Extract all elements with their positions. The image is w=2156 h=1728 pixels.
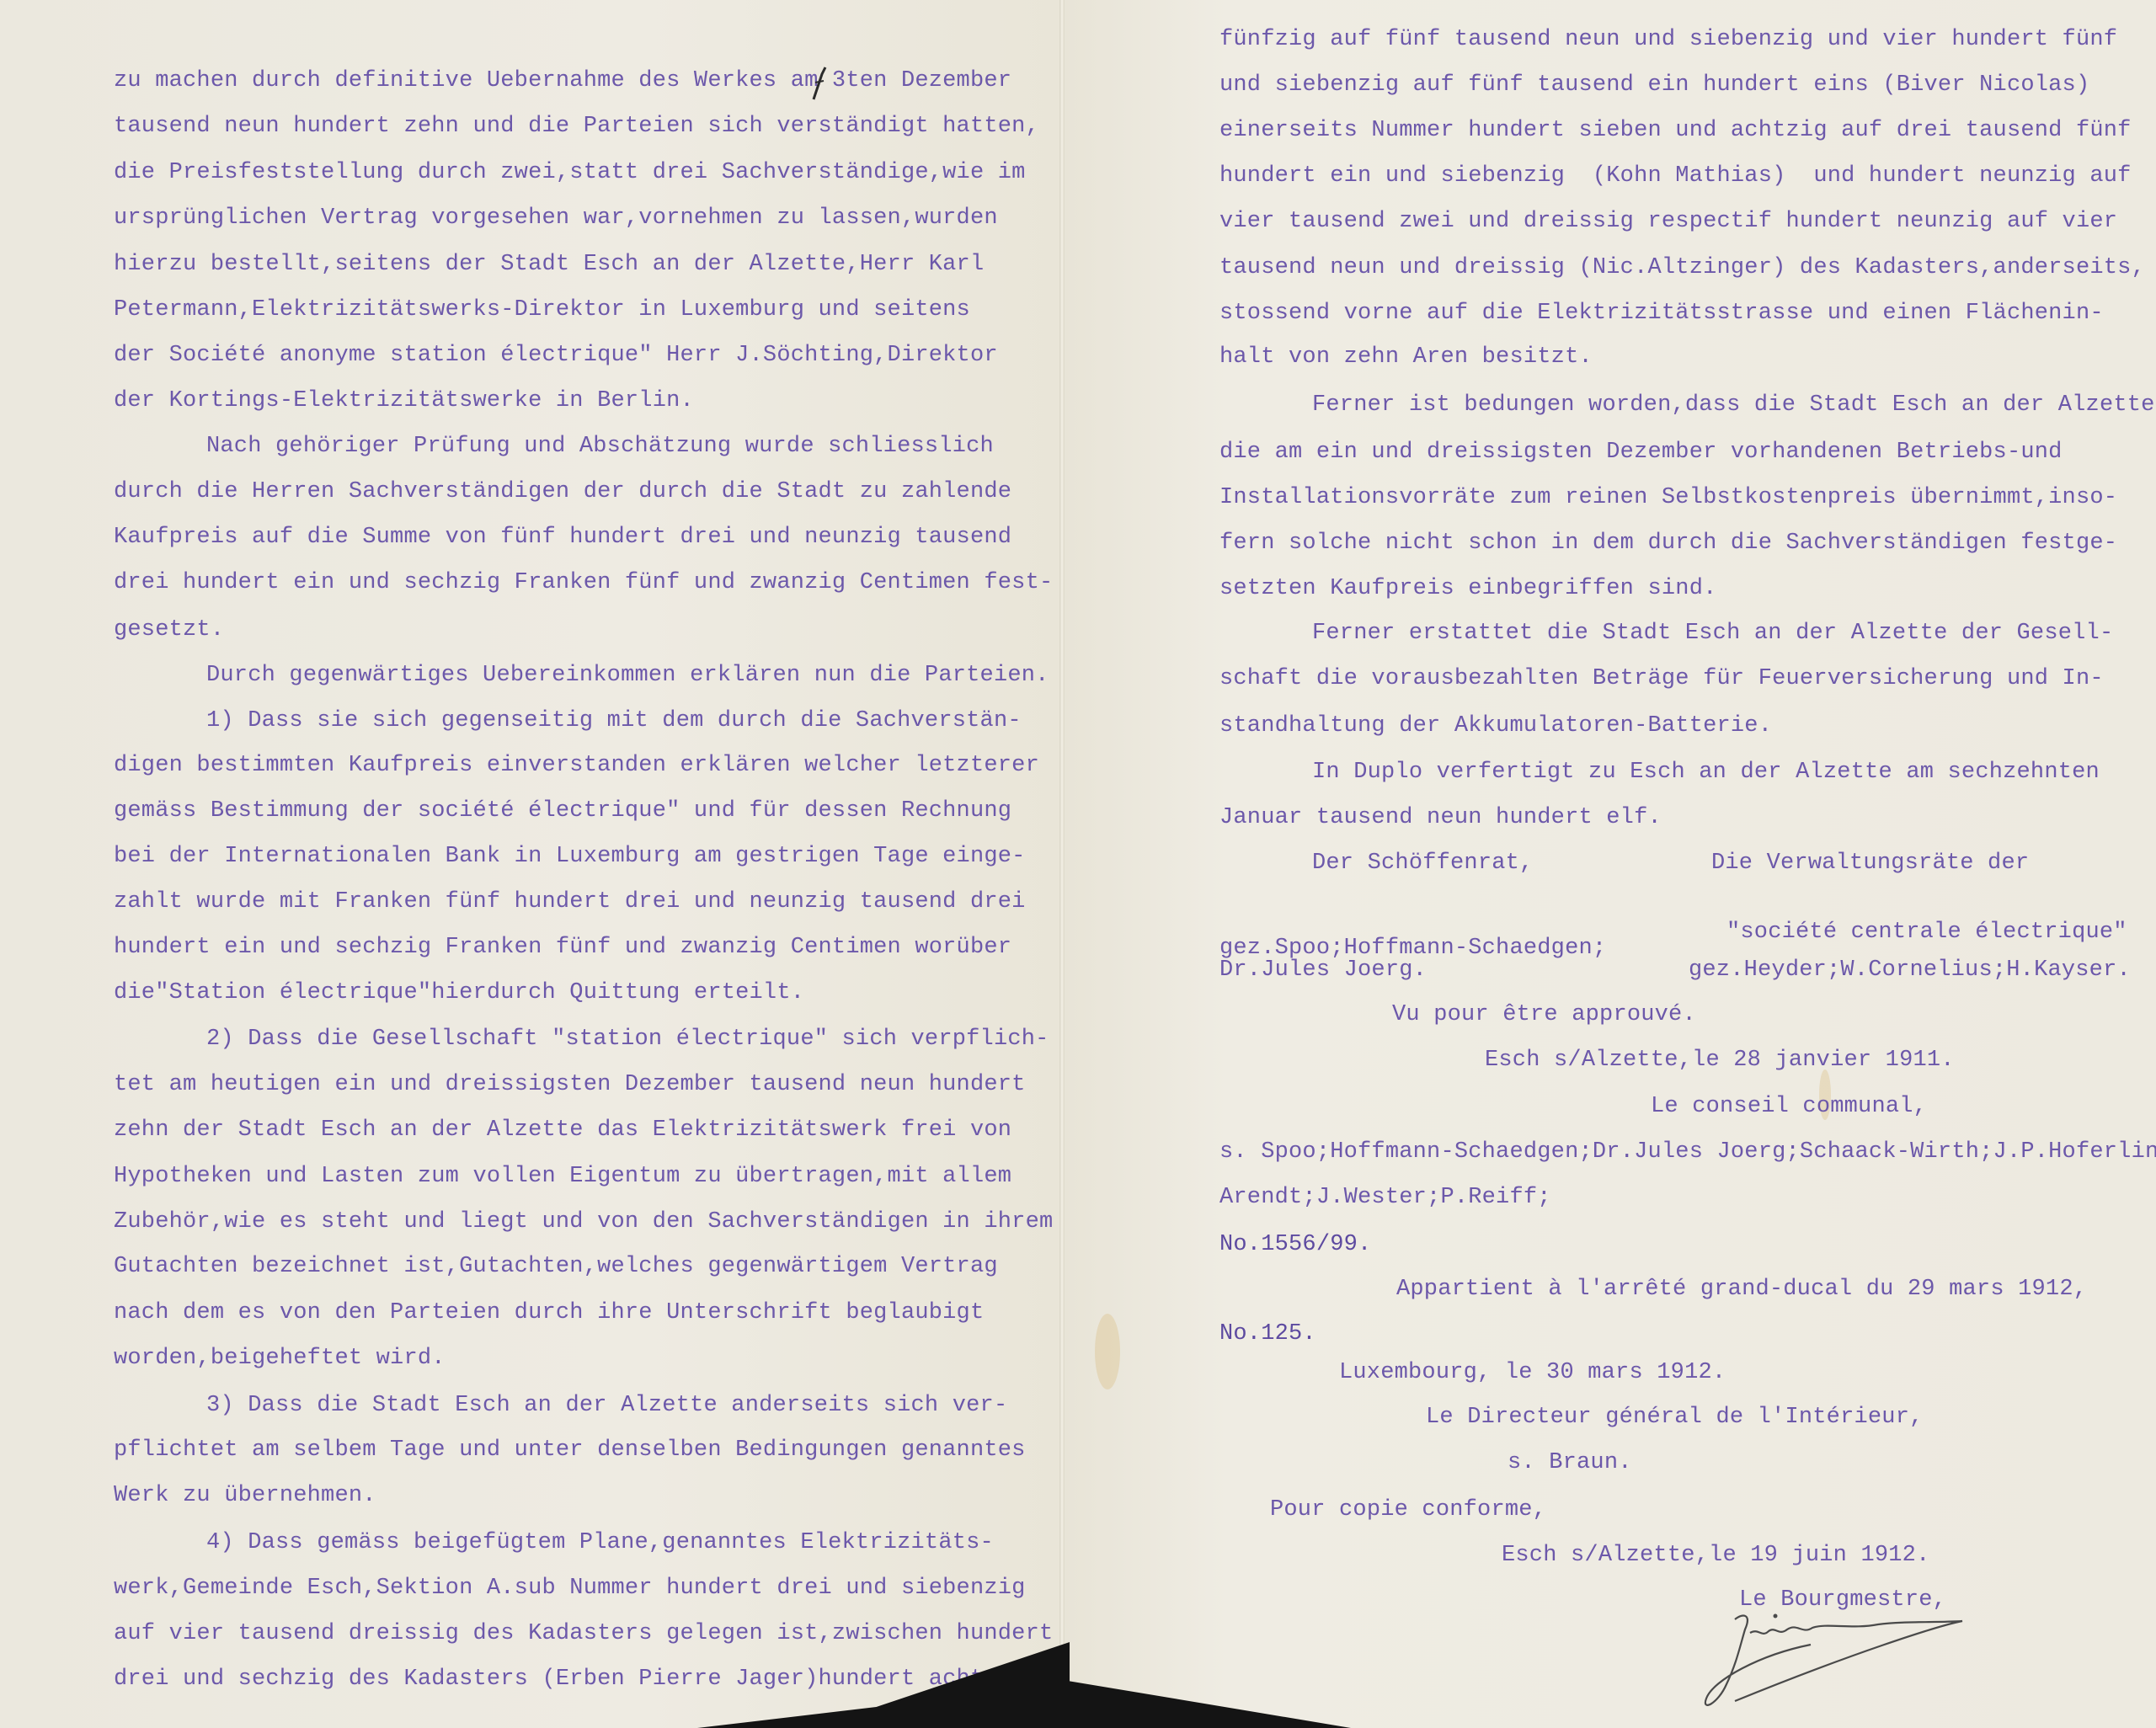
text-line: werk,Gemeinde Esch,Sektion A.sub Nummer … [114,1575,1026,1602]
text-line: auf vier tausend dreissig des Kadasters … [114,1620,1053,1647]
paragraph-start: 1) Dass sie sich gegenseitig mit dem dur… [206,707,1022,734]
text-line: tausend neun hundert zehn und die Partei… [114,113,1039,140]
approval-note: Vu pour être approuvé. [1392,1001,1696,1028]
signature-heading-council: Der Schöffenrat, [1312,850,1533,877]
place-date: Esch s/Alzette,le 28 janvier 1911. [1485,1047,1955,1074]
text-line: pflichtet am selbem Tage und unter dense… [114,1437,1026,1464]
paragraph-start: Durch gegenwärtiges Uebereinkommen erklä… [206,662,1049,689]
text-line: nach dem es von den Parteien durch ihre … [114,1299,984,1326]
council-title: Le conseil communal, [1651,1093,1927,1120]
text-line: vier tausend zwei und dreissig respectif… [1219,208,2117,235]
paragraph-start: 4) Dass gemäss beigefügtem Plane,genannt… [206,1529,994,1556]
text-line: gemäss Bestimmung der société électrique… [114,797,1011,824]
text-line: zahlt wurde mit Franken fünf hundert dre… [114,888,1026,915]
paragraph-start: Ferner ist bedungen worden,dass die Stad… [1312,392,2155,419]
text-line: schaft die vorausbezahlten Beträge für F… [1219,665,2104,692]
text-line: die Preisfeststellung durch zwei,statt d… [114,159,1026,186]
text-line: tausend neun und dreissig (Nic.Altzinger… [1219,254,2145,281]
text-line: hierzu bestellt,seitens der Stadt Esch a… [114,251,984,278]
paragraph-start: Ferner erstattet die Stadt Esch an der A… [1312,620,2113,647]
council-signatories: Dr.Jules Joerg. [1219,957,1427,984]
text-line: der Kortings-Elektrizitätswerke in Berli… [114,387,694,414]
text-line: Petermann,Elektrizitätswerks-Direktor in… [114,296,970,323]
text-line: die am ein und dreissigsten Dezember vor… [1219,439,2063,466]
text-line: drei und sechzig des Kadasters (Erben Pi… [114,1666,1039,1693]
text-line: fünfzig auf fünf tausend neun und sieben… [1219,26,2117,53]
text-line: Installationsvorräte zum reinen Selbstko… [1219,484,2117,511]
handwritten-signature-icon [1684,1604,2072,1714]
council-names: Arendt;J.Wester;P.Reiff; [1219,1184,1551,1211]
text-line: zehn der Stadt Esch an der Alzette das E… [114,1117,1011,1144]
text-line: Kaufpreis auf die Summe von fünf hundert… [114,524,1011,551]
paragraph-start: 2) Dass die Gesellschaft "station électr… [206,1026,1049,1053]
text-line: standhaltung der Akkumulatoren-Batterie. [1219,712,1772,739]
arrete-reference: Appartient à l'arrêté grand-ducal du 29 … [1396,1276,2087,1303]
text-line: die"Station électrique"hierdurch Quittun… [114,979,804,1006]
copy-note: Pour copie conforme, [1270,1496,1546,1523]
text-line: Hypotheken und Lasten zum vollen Eigentu… [114,1163,1011,1190]
text-line: Werk zu übernehmen. [114,1482,376,1509]
paragraph-start: In Duplo verfertigt zu Esch an der Alzet… [1312,759,2100,786]
text-line: setzten Kaufpreis einbegriffen sind. [1219,575,1717,602]
reference-number: No.1556/99. [1219,1231,1371,1258]
text-line: Zubehör,wie es steht und liegt und von d… [114,1208,1053,1235]
text-line: durch die Herren Sachverständigen der du… [114,478,1011,505]
text-line: drei hundert ein und sechzig Franken fün… [114,569,1053,596]
text-line: Gutachten bezeichnet ist,Gutachten,welch… [114,1253,998,1280]
reference-number: No.125. [1219,1320,1316,1347]
signature-heading-board: Die Verwaltungsräte der [1711,850,2029,877]
text-line: fern solche nicht schon in dem durch die… [1219,530,2117,557]
paragraph-start: Nach gehöriger Prüfung und Abschätzung w… [206,433,994,460]
text-line: worden,beigeheftet wird. [114,1345,446,1372]
text-line: stossend vorne auf die Elektrizitätsstra… [1219,300,2104,327]
handwritten-correction-icon [810,66,830,103]
council-names: s. Spoo;Hoffmann-Schaedgen;Dr.Jules Joer… [1219,1139,2156,1165]
text-line: einerseits Nummer hundert sieben und ach… [1219,117,2132,144]
text-line: bei der Internationalen Bank in Luxembur… [114,843,1026,870]
text-line: der Société anonyme station électrique" … [114,342,998,369]
place-date: Luxembourg, le 30 mars 1912. [1339,1359,1726,1386]
text-line: halt von zehn Aren besitzt. [1219,344,1593,371]
text-line: zu machen durch definitive Uebernahme de… [114,67,1011,94]
text-line: gesetzt. [114,616,224,643]
text-line: tet am heutigen ein und dreissigsten Dez… [114,1071,1026,1098]
paragraph-start: 3) Dass die Stadt Esch an der Alzette an… [206,1392,1007,1419]
book-gutter [1059,0,1065,1728]
company-name: "société centrale électrique" [1726,919,2127,946]
text-line: hundert ein und sechzig Franken fünf und… [114,934,1011,961]
text-line: ursprünglichen Vertrag vorgesehen war,vo… [114,205,998,232]
text-line: digen bestimmten Kaufpreis einverstanden… [114,752,1039,779]
paper-stain [1095,1314,1120,1389]
text-line: und siebenzig auf fünf tausend ein hunde… [1219,72,2089,99]
text-line: Januar tausend neun hundert elf. [1219,804,1662,831]
board-signatories: gez.Heyder;W.Cornelius;H.Kayser. [1689,957,2131,984]
director-signature: s. Braun. [1508,1449,1632,1476]
director-title: Le Directeur général de l'Intérieur, [1426,1404,1924,1431]
text-line: hundert ein und siebenzig (Kohn Mathias)… [1219,163,2132,189]
place-date: Esch s/Alzette,le 19 juin 1912. [1502,1542,1929,1569]
